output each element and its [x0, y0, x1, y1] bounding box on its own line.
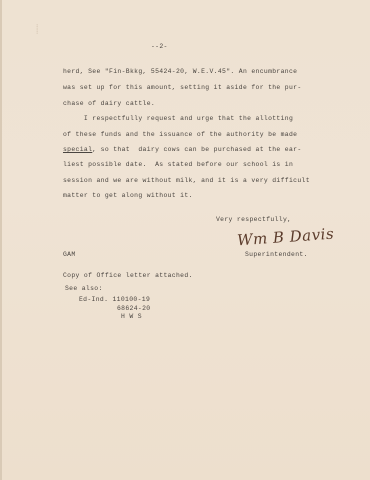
body-line: session and we are without milk, and it …: [63, 177, 310, 185]
body-line: liest possible date. As stated before ou…: [63, 161, 293, 169]
paper-mark: ⸽: [36, 22, 38, 35]
reference-line: 68624-20: [117, 305, 150, 313]
see-also-label: See also:: [65, 285, 103, 293]
page-edge: [0, 0, 2, 480]
reference-line: Ed-Ind. 110100-19: [79, 296, 150, 304]
page-number: --2-: [151, 43, 168, 51]
closing: Very respectfully,: [216, 216, 291, 224]
typist-initials: GAM: [63, 251, 76, 259]
emphasis-special: special: [63, 146, 92, 153]
body-line: of these funds and the issuance of the a…: [63, 131, 297, 139]
enclosure-note: Copy of Office letter attached.: [63, 272, 193, 280]
body-line: chase of dairy cattle.: [63, 100, 155, 108]
letter-page: ⸽ --2- herd, See "Fin-Bkkg, 55424-20, W.…: [0, 0, 370, 480]
reference-line: H W S: [121, 313, 142, 321]
body-line: matter to get along without it.: [63, 192, 193, 200]
body-line: I respectfully request and urge that the…: [63, 115, 293, 123]
body-line: special, so that dairy cows can be purch…: [63, 146, 302, 154]
body-line: was set up for this amount, setting it a…: [63, 84, 302, 92]
body-line-rest: , so that dairy cows can be purchased at…: [92, 146, 301, 153]
body-line: herd, See "Fin-Bkkg, 55424-20, W.E.V.45"…: [63, 68, 297, 76]
signature: Wm B Davis: [236, 225, 334, 250]
signer-title: Superintendent.: [245, 251, 308, 259]
